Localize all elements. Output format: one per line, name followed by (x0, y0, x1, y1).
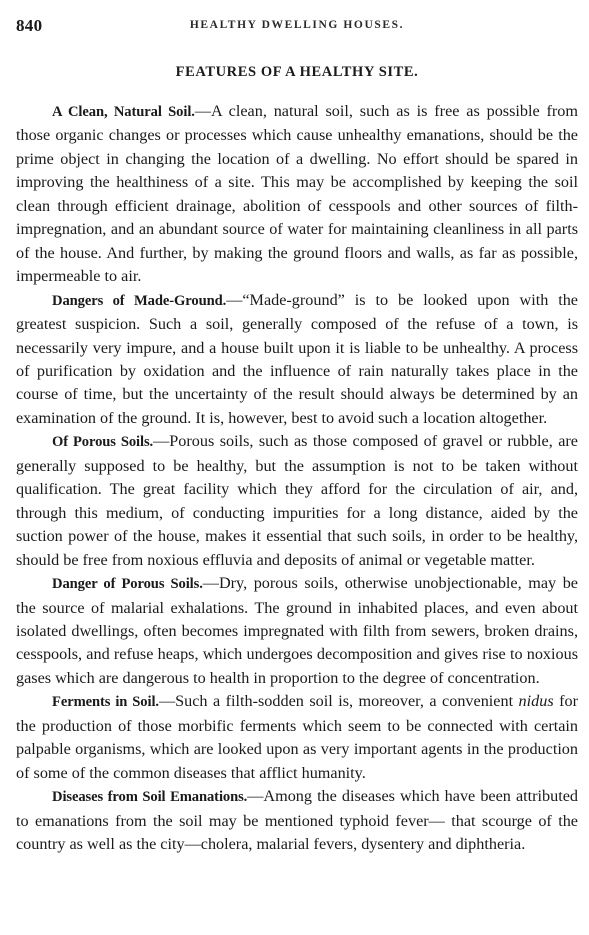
paragraph-heading: Of Porous Soils. (52, 434, 153, 450)
paragraph-heading: Danger of Porous Soils. (52, 576, 203, 592)
paragraph-ferments-in-soil: Ferments in Soil.—Such a filth-sodden so… (16, 690, 578, 785)
section-title: FEATURES OF A HEALTHY SITE. (16, 64, 578, 81)
paragraph-text: —Such a filth-sodden soil is, moreover, … (159, 692, 519, 710)
paragraph-danger-of-porous-soils: Danger of Porous Soils.—Dry, porous soil… (16, 572, 578, 690)
paragraph-heading: Ferments in Soil. (52, 694, 159, 710)
paragraph-text: —Porous soils, such as those composed of… (16, 432, 578, 568)
italic-term: nidus (519, 692, 554, 710)
paragraph-text: —“Made-ground” is to be looked upon with… (16, 291, 578, 427)
paragraph-heading: Diseases from Soil Emanations. (52, 789, 247, 805)
paragraph-heading: Dangers of Made-Ground. (52, 293, 226, 309)
paragraph-of-porous-soils: Of Porous Soils.—Porous soils, such as t… (16, 430, 578, 572)
running-head: 840 HEALTHY DWELLING HOUSES. (16, 16, 578, 36)
paragraph-heading: A Clean, Natural Soil. (52, 104, 195, 120)
paragraph-dangers-of-made-ground: Dangers of Made-Ground.—“Made-ground” is… (16, 289, 578, 431)
body-text: A Clean, Natural Soil.—A clean, natural … (16, 100, 578, 857)
running-title: HEALTHY DWELLING HOUSES. (16, 19, 578, 31)
paragraph-clean-natural-soil: A Clean, Natural Soil.—A clean, natural … (16, 100, 578, 289)
paragraph-diseases-from-soil-emanations: Diseases from Soil Emanations.—Among the… (16, 785, 578, 856)
paragraph-text: —A clean, natural soil, such as is free … (16, 102, 578, 285)
